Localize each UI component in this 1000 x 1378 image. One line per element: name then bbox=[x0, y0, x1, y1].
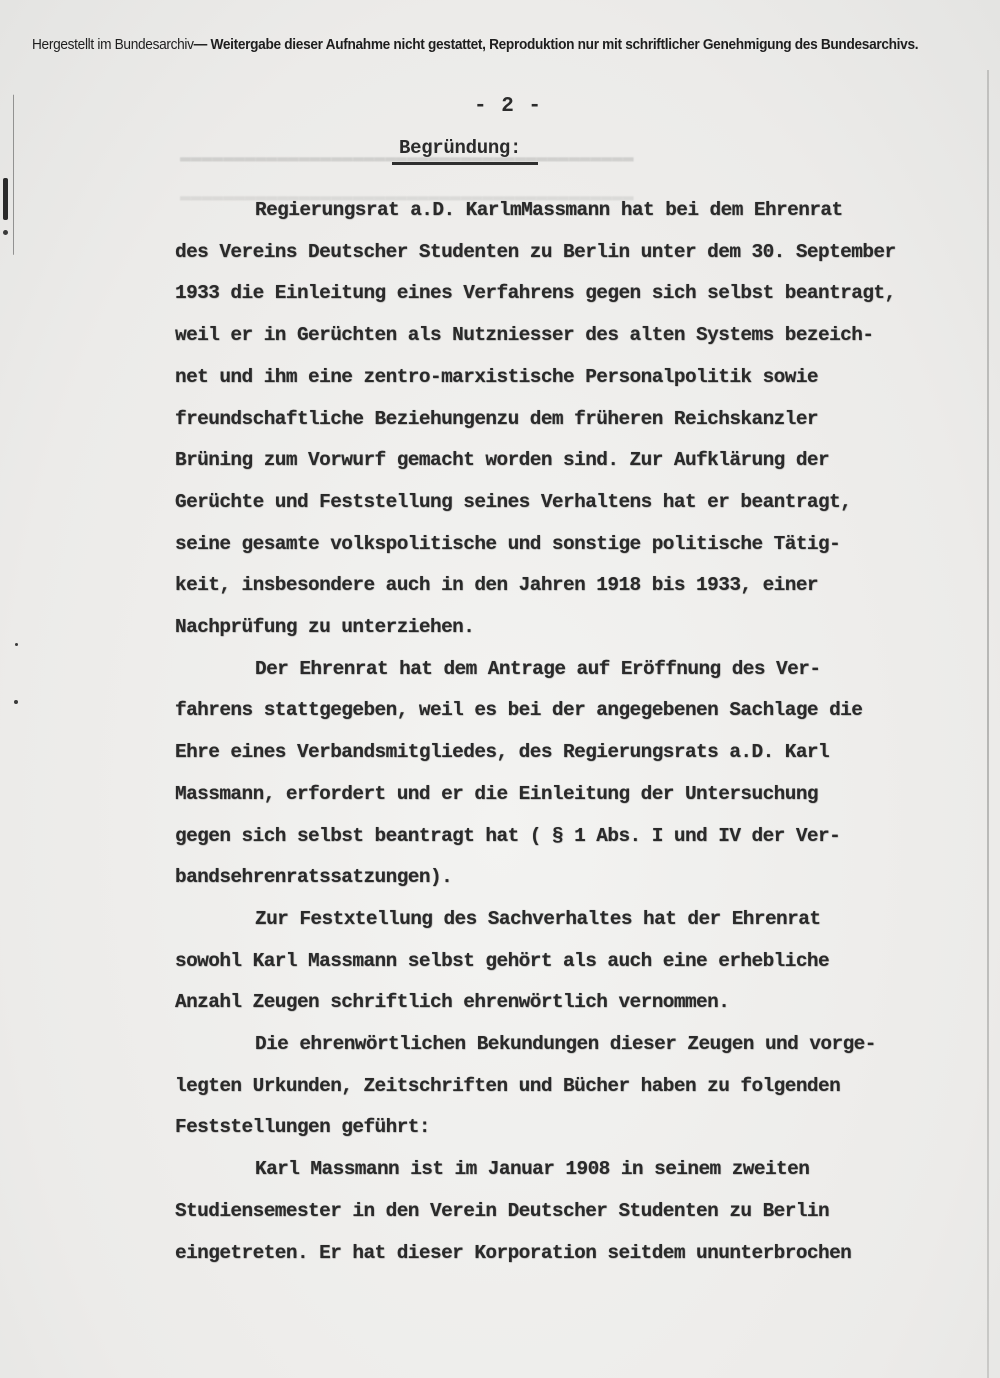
text-line: Studiensemester in den Verein Deutscher … bbox=[175, 1200, 829, 1222]
text-line: eingetreten. Er hat dieser Korporation s… bbox=[175, 1242, 851, 1264]
text-line: Anzahl Zeugen schriftlich ehrenwörtlich … bbox=[175, 991, 729, 1013]
text-line: keit, insbesondere auch in den Jahren 19… bbox=[175, 574, 818, 596]
text-line: seine gesamte volkspolitische und sonsti… bbox=[175, 533, 840, 555]
text-line: Feststellungen geführt: bbox=[175, 1116, 430, 1138]
text-line: Brüning zum Vorwurf gemacht worden sind.… bbox=[175, 449, 829, 471]
page-edge-line bbox=[987, 70, 989, 1378]
text-line: Ehre eines Verbandsmitgliedes, des Regie… bbox=[175, 741, 829, 763]
text-line: Gerüchte und Feststellung seines Verhalt… bbox=[175, 491, 851, 513]
text-line: net und ihm eine zentro-marxistische Per… bbox=[175, 366, 818, 388]
text-line: 1933 die Einleitung eines Verfahrens geg… bbox=[175, 282, 896, 304]
punch-mark bbox=[3, 230, 8, 235]
text-line: Massmann, erfordert und er die Einleitun… bbox=[175, 783, 818, 805]
text-line: Der Ehrenrat hat dem Antrage auf Eröffnu… bbox=[255, 658, 820, 680]
text-line: Nachprüfung zu unterziehen. bbox=[175, 616, 474, 638]
text-line: gegen sich selbst beantragt hat ( § 1 Ab… bbox=[175, 825, 840, 847]
text-line: legten Urkunden, Zeitschriften und Büche… bbox=[175, 1075, 840, 1097]
archive-notice: Hergestellt im Bundesarchiv— Weitergabe … bbox=[32, 36, 896, 53]
archive-notice-rest: — Weitergabe dieser Aufnahme nicht gesta… bbox=[194, 36, 919, 53]
punch-mark bbox=[14, 700, 18, 704]
document-page: Hergestellt im Bundesarchiv— Weitergabe … bbox=[0, 0, 1000, 1378]
staple-mark bbox=[3, 178, 8, 220]
text-line: bandsehrenratssatzungen). bbox=[175, 866, 452, 888]
text-line: Zur Festxtellung des Sachverhaltes hat d… bbox=[255, 908, 820, 930]
text-line: sowohl Karl Massmann selbst gehört als a… bbox=[175, 950, 829, 972]
text-line: des Vereins Deutscher Studenten zu Berli… bbox=[175, 241, 896, 263]
text-line: weil er in Gerüchten als Nutzniesser des… bbox=[175, 324, 873, 346]
text-line: Die ehrenwörtlichen Bekundungen dieser Z… bbox=[255, 1033, 876, 1055]
punch-mark bbox=[15, 643, 18, 646]
heading-underline bbox=[392, 162, 538, 165]
page-number: - 2 - bbox=[474, 95, 542, 118]
text-line: Karl Massmann ist im Januar 1908 in sein… bbox=[255, 1158, 809, 1180]
section-heading: Begründung: bbox=[399, 137, 521, 159]
text-line: freundschaftliche Beziehungenzu dem früh… bbox=[175, 408, 818, 430]
text-line: Regierungsrat a.D. KarlmMassmann hat bei… bbox=[255, 199, 843, 221]
text-line: fahrens stattgegeben, weil es bei der an… bbox=[175, 699, 862, 721]
archive-notice-prefix: Hergestellt im Bundesarchiv bbox=[32, 36, 194, 53]
